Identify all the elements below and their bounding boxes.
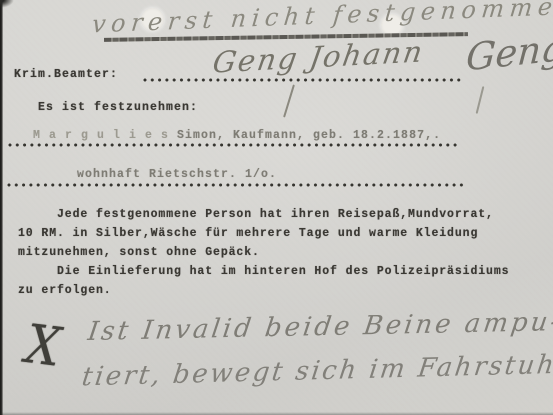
scan-edge-left <box>0 0 3 415</box>
body-line: Die Einlieferung hat im hinteren Hof des… <box>18 262 530 281</box>
document-scan: vorerst nicht festgenommen Krim.Beamter:… <box>0 0 553 415</box>
instruction-paragraphs: Jede festgenommene Person hat ihren Reis… <box>18 205 530 300</box>
pencil-flourish-stroke <box>476 86 485 114</box>
handwritten-top-note: vorerst nicht festgenommen <box>91 0 553 38</box>
officer-signature: Geng Johann <box>210 34 426 79</box>
officer-name-right: Geng <box>465 26 553 80</box>
handwritten-bottom-note-line2: tiert, bewegt sich im Fahrstuhl <box>80 350 553 393</box>
scan-corner-smudge <box>0 0 14 8</box>
body-line: Jede festgenommene Person hat ihren Reis… <box>18 205 530 224</box>
pencil-flourish-stroke <box>283 84 295 117</box>
handwritten-bottom-note-line1: Ist Invalid beide Beine ampu- <box>86 307 553 347</box>
person-surname-spaced: M a r g u l i e s <box>33 129 177 142</box>
officer-label: Krim.Beamter: <box>14 68 118 81</box>
body-line: 10 RM. in Silber,Wäsche für mehrere Tage… <box>18 224 530 243</box>
person-name-line: M a r g u l i e s Simon, Kaufmann, geb. … <box>33 129 441 142</box>
dotted-line-person <box>8 143 460 147</box>
person-details: Simon, Kaufmann, geb. 18.2.1887,. <box>177 129 441 142</box>
arrest-heading: Es ist festzunehmen: <box>38 101 198 114</box>
x-mark-annotation: X <box>22 313 64 379</box>
body-line: zu erfolgen. <box>18 281 530 300</box>
dotted-line-officer <box>143 78 463 82</box>
dotted-line-residence <box>7 183 465 187</box>
residence-line: wohnhaft Rietschstr. 1/o. <box>77 168 277 181</box>
body-line: mitzunehmen, sonst ohne Gepäck. <box>18 243 530 262</box>
